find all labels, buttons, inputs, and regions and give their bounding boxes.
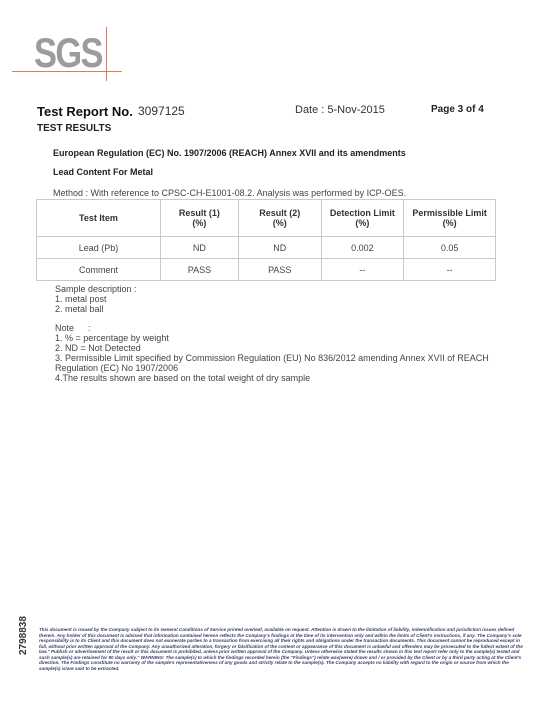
table-header-row: Test Item Result (1)(%) Result (2)(%) De… (37, 200, 496, 237)
cell: PASS (238, 259, 321, 281)
sgs-logo: SGS (34, 32, 102, 74)
cell: ND (160, 237, 238, 259)
sample-description: Sample description : 1. metal post 2. me… (55, 284, 137, 314)
header-detection-limit: Detection Limit(%) (321, 200, 404, 237)
report-title: Test Report No. (37, 104, 133, 119)
section-title: TEST RESULTS (37, 123, 111, 134)
notes: Note: 1. % = percentage by weight 2. ND … (55, 323, 525, 383)
header-result-2: Result (2)(%) (238, 200, 321, 237)
cell: -- (321, 259, 404, 281)
header-test-item: Test Item (37, 200, 161, 237)
header-result-1: Result (1)(%) (160, 200, 238, 237)
table-row: Lead (Pb) ND ND 0.002 0.05 (37, 237, 496, 259)
disclaimer-text: This document is issued by the Company s… (39, 627, 529, 671)
sample-label: Sample description : (55, 284, 137, 294)
sample-item: 1. metal post (55, 294, 137, 304)
note-item: 2. ND = Not Detected (55, 343, 525, 353)
table-row: Comment PASS PASS -- -- (37, 259, 496, 281)
cell: PASS (160, 259, 238, 281)
logo-divider (106, 27, 107, 81)
cell: -- (404, 259, 496, 281)
report-number: 3097125 (138, 104, 185, 118)
note-item: 3. Permissible Limit specified by Commis… (55, 353, 525, 373)
note-item: 4.The results shown are based on the tot… (55, 373, 525, 383)
method-text: Method : With reference to CPSC-CH-E1001… (53, 188, 406, 198)
test-subtitle: Lead Content For Metal (53, 167, 153, 177)
results-table: Test Item Result (1)(%) Result (2)(%) De… (36, 199, 496, 281)
note-item: 1. % = percentage by weight (55, 333, 525, 343)
cell: 0.002 (321, 237, 404, 259)
cell: Lead (Pb) (37, 237, 161, 259)
header-permissible-limit: Permissible Limit(%) (404, 200, 496, 237)
notes-label: Note: (55, 323, 525, 333)
cell: Comment (37, 259, 161, 281)
cell: 0.05 (404, 237, 496, 259)
report-date: Date : 5-Nov-2015 (295, 104, 385, 116)
page-indicator: Page 3 of 4 (431, 104, 484, 115)
regulation-heading: European Regulation (EC) No. 1907/2006 (… (53, 148, 406, 158)
sample-item: 2. metal ball (55, 304, 137, 314)
cell: ND (238, 237, 321, 259)
serial-number: 2798838 (18, 607, 29, 655)
